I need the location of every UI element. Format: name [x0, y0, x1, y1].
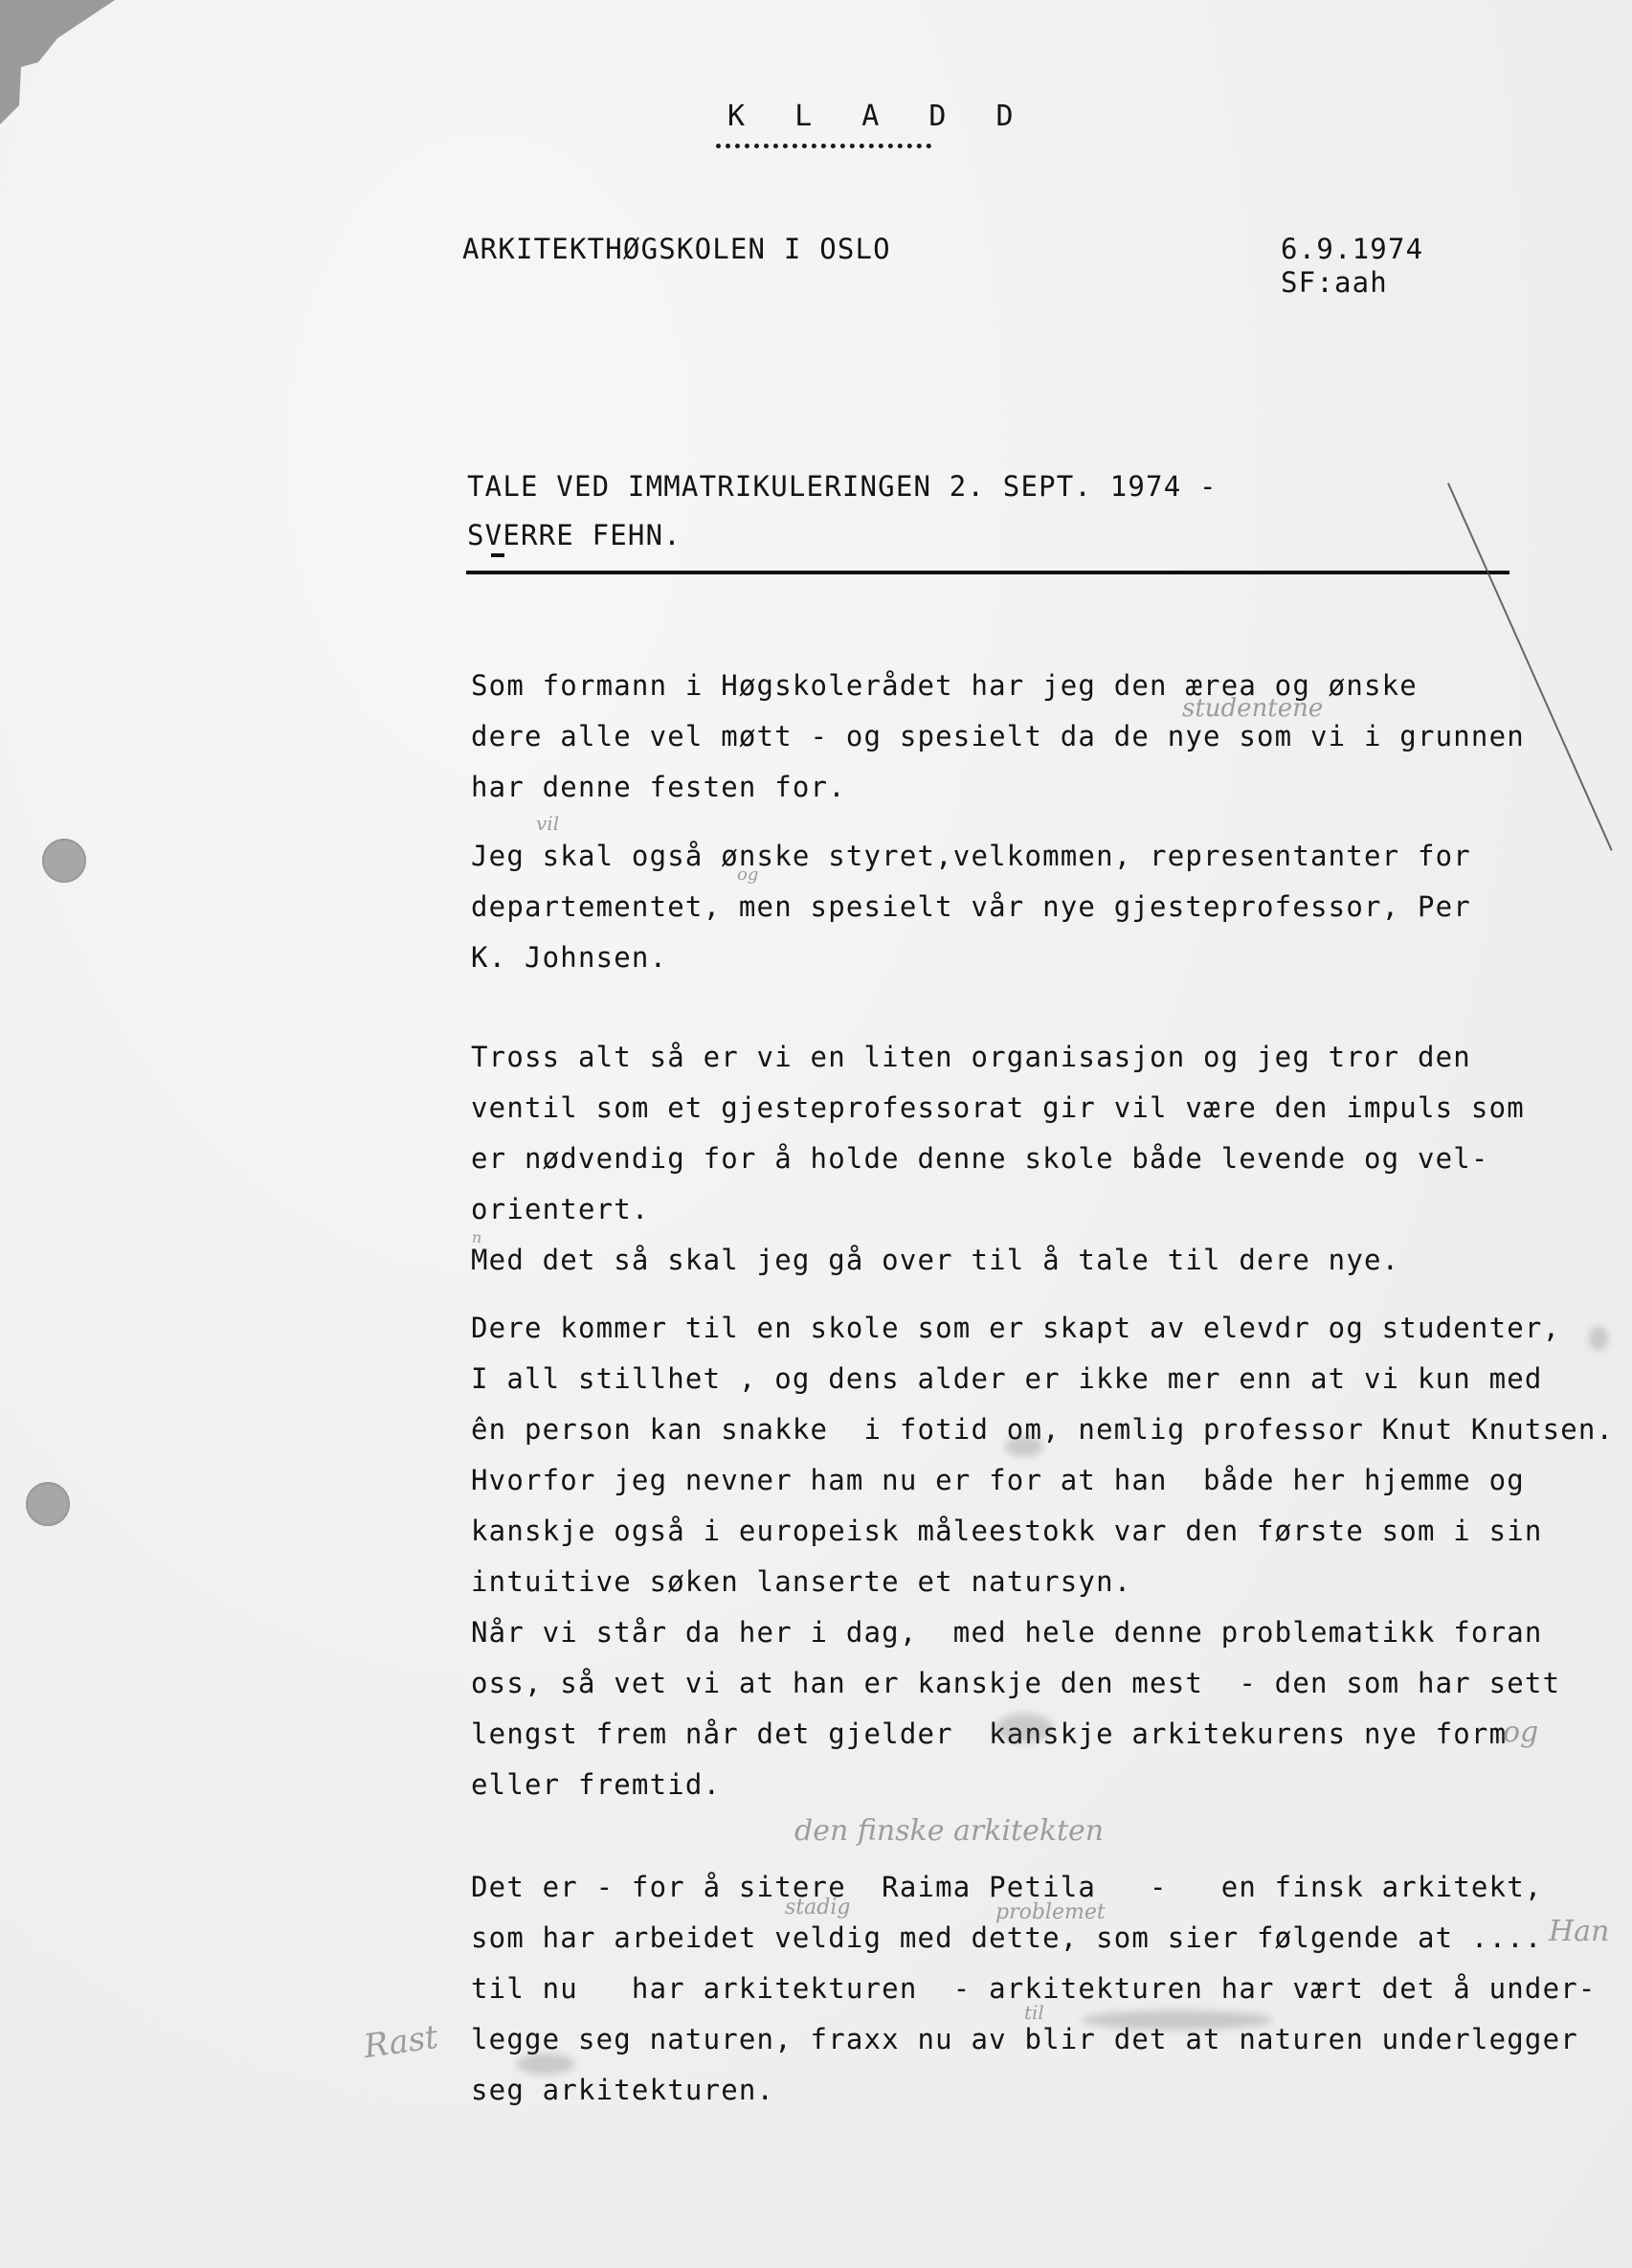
handwritten-note: og	[737, 865, 758, 885]
punch-hole	[26, 1482, 70, 1526]
body-line: K. Johnsen.	[471, 944, 667, 972]
handwritten-note: til	[1024, 2001, 1044, 2024]
body-line: Når vi står da her i dag, med hele denne…	[471, 1619, 1543, 1647]
body-line: Med det så skal jeg gå over til å tale t…	[471, 1246, 1399, 1274]
institution-name: ARKITEKTHØGSKOLEN I OSLO	[462, 236, 891, 263]
body-line: Hvorfor jeg nevner ham nu er for at han …	[471, 1467, 1525, 1494]
body-line: legge seg naturen, fraxx nu av blir det …	[471, 2026, 1578, 2054]
body-line: har denne festen for.	[471, 774, 846, 801]
ink-smudge	[517, 2054, 574, 2075]
punch-hole	[42, 839, 86, 883]
body-line: intuitive søken lanserte et natursyn.	[471, 1568, 1131, 1596]
typed-underline-mark	[491, 553, 504, 557]
body-line: ên person kan snakke i fotid om, nemlig …	[471, 1416, 1614, 1444]
body-line: seg arkitekturen.	[471, 2077, 774, 2104]
ink-smudge	[1589, 1326, 1608, 1351]
body-line: ventil som et gjesteprofessorat gir vil …	[471, 1094, 1525, 1122]
ink-smudge	[1005, 1436, 1043, 1457]
body-line: til nu har arkitekturen - arkitekturen h…	[471, 1975, 1597, 2003]
handwritten-note: vil	[536, 812, 559, 835]
body-line: som har arbeidet veldig med dette, som s…	[471, 1924, 1543, 1952]
ink-smudge	[1082, 2010, 1273, 2030]
handwritten-note: Han	[1549, 1915, 1609, 1948]
document-date: 6.9.1974	[1281, 236, 1423, 263]
body-line: oss, så vet vi at han er kanskje den mes…	[471, 1670, 1560, 1697]
body-line: orientert.	[471, 1196, 650, 1224]
handwritten-note: n	[472, 1228, 481, 1246]
body-line: er nødvendig for å holde denne skole båd…	[471, 1145, 1489, 1173]
body-line: kanskje også i europeisk måleestokk var …	[471, 1517, 1543, 1545]
handwritten-note: den finske arkitekten	[794, 1814, 1104, 1848]
handwritten-note: og	[1503, 1716, 1538, 1749]
body-line: Tross alt så er vi en liten organisasjon…	[471, 1044, 1471, 1071]
handwritten-note: problemet	[995, 1900, 1106, 1924]
speech-author: SVERRE FEHN.	[467, 522, 682, 550]
handwritten-note: studentene	[1182, 694, 1323, 723]
body-line: Dere kommer til en skole som er skapt av…	[471, 1314, 1560, 1342]
body-line: Det er - for å sitere Raima Petila - en …	[471, 1874, 1543, 1901]
body-line: dere alle vel møtt - og spesielt da de n…	[471, 723, 1525, 751]
body-line: eller fremtid.	[471, 1771, 721, 1799]
speech-title: TALE VED IMMATRIKULERINGEN 2. SEPT. 1974…	[467, 473, 1218, 501]
body-line: Jeg skal også ønske styret,velkommen, re…	[471, 842, 1471, 870]
handwritten-note: stadig	[785, 1896, 850, 1920]
title-rule	[466, 571, 1509, 574]
draft-label: K L A D D	[727, 100, 1030, 133]
body-line: I all stillhet , og dens alder er ikke m…	[471, 1365, 1543, 1393]
body-line: lengst frem når det gjelder kanskje arki…	[471, 1720, 1507, 1748]
document-reference: SF:aah	[1281, 269, 1388, 297]
ink-smudge	[995, 1714, 1053, 1742]
body-line: departementet, men spesielt vår nye gjes…	[471, 893, 1471, 921]
draft-label-underline	[716, 144, 931, 148]
